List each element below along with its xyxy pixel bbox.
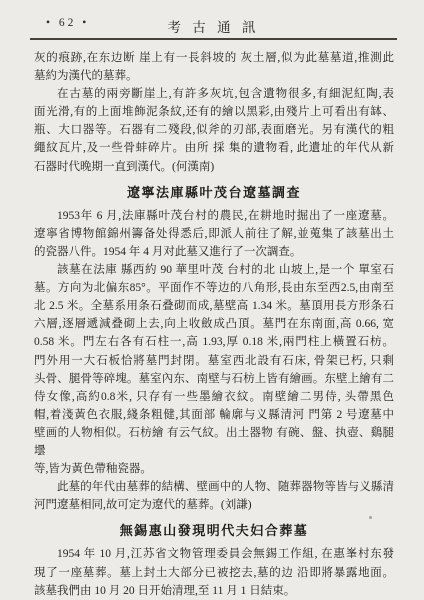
text-line: 此墓的年代由墓葬的結構、壁画中的人物、随葬器物等皆与义縣清 (34, 478, 394, 496)
text-line: 0.58 米。門左右各有石柱一,高 1.93,厚 0.18 米,兩門柱上橫置石枋… (34, 333, 394, 351)
text-line: 門外用一大石板恰將墓門封閉。墓室西北設有石床, 骨架已朽, 只剩 (34, 352, 394, 370)
text-line: 在古墓的兩旁斷崖上,有許多灰坑,包含遺物很多,有細泥紅陶,表 (34, 85, 394, 103)
page-body: 灰的痕跡,在东边断 崖上有一長斜坡的 灰土層,似为此墓墓道,推測此墓約为漢代的墓… (0, 40, 424, 600)
scan-speck (369, 516, 372, 519)
text-line: 1954 年 10 月,江苏省文物管理委員会無錫工作組, 在惠峯村东發 (34, 545, 394, 563)
text-line: 河門遼墓相同,故可定为遼代的墓葬。(刘謙) (34, 496, 394, 514)
text-line: 現了一座墓葬。墓上封土大部分已被挖去,墓的边 沿即將暴露地面。 (34, 564, 394, 582)
section-heading: 遼寧法庫縣叶茂台遼墓調查 (34, 184, 394, 202)
text-line: 北 2.5 米。全墓系用条石叠砌而成,墓壁高 1.34 米。墓頂用長方形条石 (34, 297, 394, 315)
text-line: 帽,着淺黃色衣服,綫条粗健,其面部 輪廓与义縣清河 門第 2 号遼墓中 (34, 406, 394, 424)
text-line: 石器时代晚期一直到漢代。(何漢南) (34, 158, 394, 176)
text-line: 面光滑,有的上面堆飾泥条紋,还有的繪以黑彩,由殘片上可看出有缽、 (34, 103, 394, 121)
text-line: 侍女像,高約0.8米, 只存有一些墨繪衣紋。南壁繪二男侍, 头帶黑色 (34, 388, 394, 406)
page-number: • 62 • (46, 17, 89, 29)
text-line: 等,皆为黃色帶釉瓷器。 (34, 460, 394, 478)
text-line: 遼寧省博物館錦州籌备处得悉后,即派人前往了解,並蒐集了該墓出土 (34, 225, 394, 243)
text-line: 灰的痕跡,在东边断 崖上有一長斜坡的 灰土層,似为此墓墓道,推測此 (34, 49, 394, 67)
text-line: 該墓我們由 10 月 20 日开始清理,至 11 月 1 日結束。 (34, 582, 394, 600)
scanned-journal-page: • 62 • 考 古 通 訊 灰的痕跡,在东边断 崖上有一長斜坡的 灰土層,似为… (0, 0, 424, 600)
section-heading: 無錫惠山發現明代夫妇合葬墓 (34, 522, 394, 540)
text-line: 1953年 6 月,法庫縣叶茂台村的農民,在耕地时掘出了一座遼墓。 (34, 207, 394, 225)
text-line: 墓約为漢代的墓葬。 (34, 67, 394, 85)
text-line: 該墓在法庫 縣西約 90 華里叶茂 台村的北 山坡上,是一个 單室石 (34, 261, 394, 279)
text-line: 的瓷器八件。1954 年 4 月对此墓又進行了一次調查。 (34, 243, 394, 261)
text-line: 繩紋瓦片,及一些骨蚌碎片。由所 採 集的遺物看, 此遺址的年代从新 (34, 139, 394, 157)
scan-speck (320, 90, 322, 92)
text-line: 瓶、大口器等。石器有二殘段,似斧的刃部,表面磨光。另有漢代的粗 (34, 121, 394, 139)
text-line: 壁画的人物相似。石枋繪 有云气紋。出土器物 有碗、盤、执壺、鷄腿壜 (34, 424, 394, 460)
text-line: 头骨、腿骨等碎塊。墓室內东、南壁与石枋上皆有繪画。东壁上繪有二 (34, 370, 394, 388)
text-line: 墓。方向为北偏东85°。平面作不等边的八角形,長由东至西2.5,由南至 (34, 279, 394, 297)
page-header: • 62 • 考 古 通 訊 (30, 0, 397, 40)
text-line: 六層,逐層遞減叠砌上去,向上收斂成凸頂。墓門在东南面,高 0.66, 宽 (34, 315, 394, 333)
